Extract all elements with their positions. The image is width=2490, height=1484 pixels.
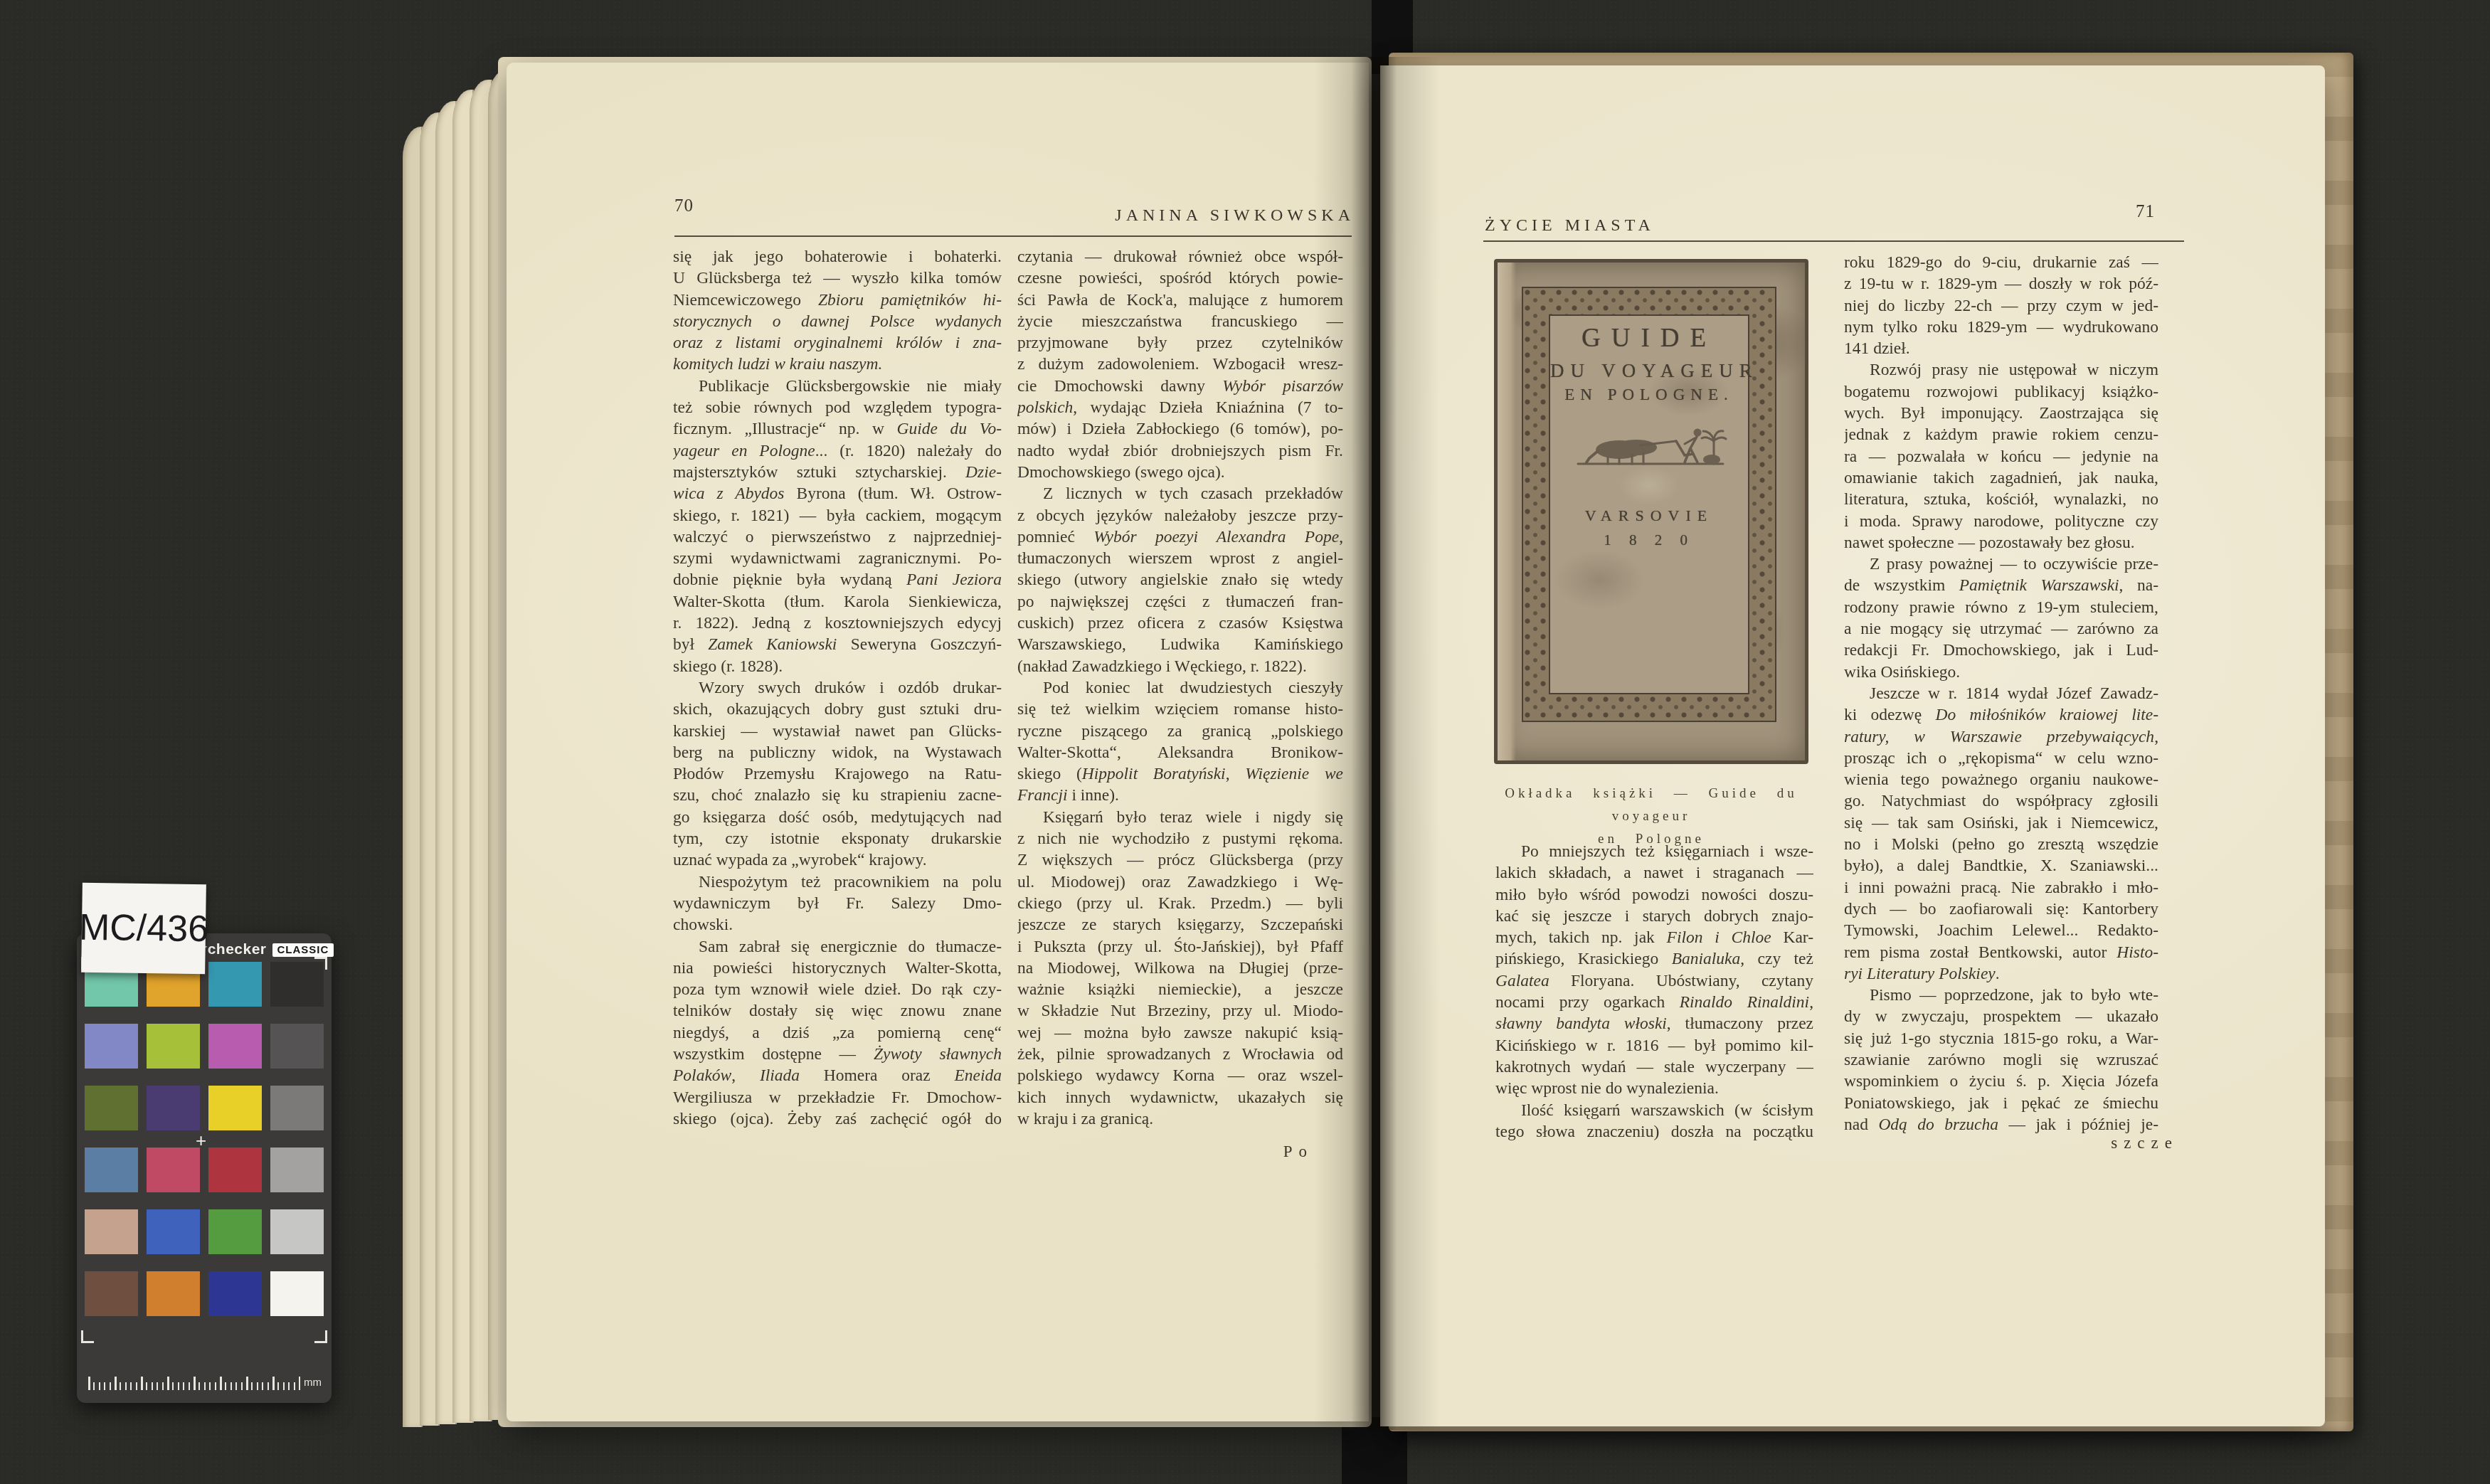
text-line: jeszcze ze starych księgarzy, Szczepańsk…	[1017, 914, 1343, 936]
text-line: w kraju i za granicą.	[1017, 1108, 1343, 1130]
ruler-unit: mm	[304, 1377, 322, 1389]
right-page: ŻYCIE MIASTA 71 GUIDE DU VOYAGEUR EN POL…	[1380, 65, 2325, 1426]
text-line: chowski.	[673, 914, 1002, 936]
text-line: z 19-tu w r. 1829-ym — doszły w rok póź-	[1844, 273, 2158, 295]
text-line: go księgarza dość osób, medytujących nad	[673, 807, 1002, 828]
book-cover: GUIDE DU VOYAGEUR EN POLOGNE.	[1494, 259, 1808, 764]
text-line: ki odezwę Do miłośników kraiowej lite-	[1844, 704, 2158, 726]
text-line: po największej części z tłumaczeń fran-	[1017, 591, 1343, 613]
shelfmark-label: MC/436	[81, 883, 206, 974]
text-line: bogatemu rozwojowi publikacyj książko-	[1844, 381, 2158, 403]
page-number-right: 71	[2136, 202, 2155, 222]
ploughing-vignette-icon	[1572, 414, 1729, 470]
text-line: omawianie takich zagadnień, jak nauka,	[1844, 467, 2158, 489]
text-line: niej do liczby 22-ch — przy czym w jed-	[1844, 295, 2158, 317]
text-line: Księgarń było teraz wiele i nigdy się	[1017, 807, 1343, 828]
center-cross-icon: +	[196, 1130, 206, 1152]
text-line: się — tak sam Osiński, jak i Niemcewicz,	[1844, 812, 2158, 834]
text-line: dy w zwyczaju, prospektem — ukazało	[1844, 1006, 2158, 1027]
text-line: no i Molski (pełno go zresztą wszędzie	[1844, 834, 2158, 855]
text-line: ryi Literatury Polskiey.	[1844, 963, 2158, 985]
text-line: ści Pawła de Kock'a, malujące z humorem	[1017, 290, 1343, 311]
text-line: więc wprost nie do wynalezienia.	[1495, 1078, 1813, 1099]
cover-title-line2: DU VOYAGEUR	[1550, 360, 1748, 382]
text-line: wspominkiem o życiu ś. p. Xięcia Józefa	[1844, 1071, 2158, 1092]
cover-place: VARSOVIE	[1550, 507, 1748, 525]
text-line: berg na publiczny widok, na Wystawach	[673, 742, 1002, 763]
text-line: ważnie książki niemieckie), a jeszcze	[1017, 979, 1343, 1000]
running-head-right: ŻYCIE MIASTA	[1485, 216, 1655, 235]
color-patch	[147, 1271, 200, 1316]
color-patch	[270, 1209, 324, 1254]
crop-mark-icon	[314, 1330, 327, 1343]
text-line: U Glücksberga też — wyszło kilka tomów	[673, 267, 1002, 289]
text-line: Poniatowskiego, jak i pękać ze śmiechu	[1844, 1093, 2158, 1114]
text-line: Pismo — poprzedzone, jak to było wte-	[1844, 985, 2158, 1006]
text-line: szymi wydawnictwami zagranicznymi. Po-	[673, 548, 1002, 569]
scan-background: 70 JANINA SIWKOWSKA się jak jego bohater…	[0, 0, 2490, 1484]
text-line: skiego (ojca). Żeby zaś zachęcić ogół do	[673, 1108, 1002, 1130]
text-line: tłumaczonych wierszem wprost z angiel-	[1017, 548, 1343, 569]
crop-mark-icon	[81, 1330, 94, 1343]
text-line: czesne powieści, spośród których powie-	[1017, 267, 1343, 289]
text-line: oraz z listami oryginalnemi królów i zna…	[673, 332, 1002, 354]
text-line: miło było wśród powodzi nowości doszu-	[1495, 884, 1813, 906]
text-line: Pod koniec lat dwudziestych cieszyły	[1017, 677, 1343, 699]
text-line: polskiego wydawcy Korna — oraz wszel-	[1017, 1065, 1343, 1086]
catchword-left: Po	[1283, 1143, 1313, 1161]
text-line: żek, pilnie sprowadzanych z Wrocławia od	[1017, 1044, 1343, 1065]
text-line: storycznych o dawnej Polsce wydanych	[673, 311, 1002, 332]
text-line: Galatea Floryana. Ubóstwiany, czytany	[1495, 970, 1813, 992]
text-line: kakrotnych wydań — stale wyczerpany —	[1495, 1056, 1813, 1078]
text-line: też sobie równych pod względem typogra-	[673, 397, 1002, 418]
text-line: Niemcewiczowego Zbioru pamiętników hi-	[673, 290, 1002, 311]
catchword-right: szcze	[2111, 1134, 2178, 1152]
text-line: Polaków, Iliada Homera oraz Eneida	[673, 1065, 1002, 1086]
text-line: życie mieszczaństwa francuskiego —	[1017, 311, 1343, 332]
text-line: z obcych języków należałoby jeszcze przy…	[1017, 505, 1343, 526]
text-line: Tymowski, Joachim Lelewel... Redakto-	[1844, 920, 2158, 941]
text-line: się jak jego bohaterowie i bohaterki.	[673, 246, 1002, 267]
classic-badge: CLASSIC	[272, 943, 334, 957]
text-line: był Zamek Kaniowski Seweryna Goszczyń-	[673, 634, 1002, 655]
text-line: de wszystkim Pamiętnik Warszawski, na-	[1844, 575, 2158, 596]
text-line: roku 1829-go do 9-ciu, drukarnie zaś —	[1844, 252, 2158, 273]
text-line: sławny bandyta włoski, tłumaczony przez	[1495, 1013, 1813, 1034]
text-line: Walter-Skotta (tłum. Karola Sienkiewicza…	[673, 591, 1002, 613]
text-line: dobnie pięknie była wydaną Pani Jeziora	[673, 569, 1002, 590]
text-line: Warszawskiego, Ludwika Kamińskiego	[1017, 634, 1343, 655]
text-line: skiego (utwory angielskie znało się wted…	[1017, 569, 1343, 590]
text-line: Dmochowskiego (swego ojca).	[1017, 462, 1343, 483]
color-patch	[85, 1086, 138, 1130]
color-patch	[147, 1148, 200, 1192]
cover-spine	[1498, 263, 1516, 760]
text-line: a nie mogący się utrzymać — zarówno za	[1844, 618, 2158, 640]
text-line: ckiego (przy ul. Krak. Przedm.) — byli	[1017, 893, 1343, 914]
color-patch	[208, 1148, 262, 1192]
text-line: wszystkim dostępne — Żywoty sławnych	[673, 1044, 1002, 1065]
text-line: Wergiliusza w przekładzie Fr. Dmochow-	[673, 1087, 1002, 1108]
left-page: 70 JANINA SIWKOWSKA się jak jego bohater…	[507, 63, 1369, 1421]
text-line: i inni poważni pracą. Nie zabrakło i mło…	[1844, 877, 2158, 899]
running-head-left: JANINA SIWKOWSKA	[1115, 206, 1355, 226]
text-line: cuskich) przez oficera z czasów Księstwa	[1017, 613, 1343, 634]
shelfmark-text: MC/436	[79, 906, 209, 951]
text-line: czytania — drukował również obce współ-	[1017, 246, 1343, 267]
text-line: mych, takich np. jak Filon i Chloe Kar-	[1495, 927, 1813, 948]
text-line: wika Osińskiego.	[1844, 662, 2158, 683]
text-line: Francji i inne).	[1017, 785, 1343, 806]
text-line: ficznym. „Illustracje“ np. w Guide du Vo…	[673, 418, 1002, 440]
text-line: Rozwój prasy nie ustępował w niczym	[1844, 359, 2158, 381]
text-line: nia powieści historycznych Walter-Skotta…	[673, 958, 1002, 979]
text-line: Płodów Przemysłu Krajowego na Ratu-	[673, 763, 1002, 785]
text-line: przyjmowane były przez czytelników	[1017, 332, 1343, 354]
text-line: było), a dalej Bandtkie, X. Szaniawski..…	[1844, 855, 2158, 876]
text-line: rem pisma został Bentkowski, autor Histo…	[1844, 942, 2158, 963]
text-line: Kicińskiego w r. 1816 — był pomimo kil-	[1495, 1035, 1813, 1056]
color-patch	[270, 962, 324, 1007]
text-line: nym tylko roku 1829-ym — wydrukowano	[1844, 317, 2158, 338]
color-patch	[208, 1209, 262, 1254]
text-line: w Składzie Nut Brzeziny, przy ul. Miodo-	[1017, 1000, 1343, 1022]
cover-year: 1 8 2 0	[1550, 531, 1748, 549]
text-line: ryczne piszącego za granicą „polskiego	[1017, 721, 1343, 742]
text-line: Jeszcze w r. 1814 wydał Józef Zawadz-	[1844, 683, 2158, 704]
text-line: i moda. Sprawy narodowe, polityczne czy	[1844, 511, 2158, 532]
text-line: r. 1822). Jedną z kosztowniejszych edycy…	[673, 613, 1002, 634]
cover-ornament-frame: GUIDE DU VOYAGEUR EN POLOGNE.	[1522, 287, 1776, 722]
text-line: komitych ludzi w kraiu naszym.	[673, 354, 1002, 375]
text-line: 141 dzieł.	[1844, 338, 2158, 359]
text-line: Po mniejszych też księgarniach i wsze-	[1495, 841, 1813, 862]
text-line: tym, czy istotnie eksponaty drukarskie	[673, 828, 1002, 849]
text-line: nad Odą do brzucha — jak i później je-	[1844, 1114, 2158, 1135]
color-patch	[270, 1024, 324, 1069]
text-line: Sam zabrał się energicznie do tłumacze-	[673, 936, 1002, 958]
text-line: ul. Miodowej) oraz Zawadzkiego i Wę-	[1017, 871, 1343, 893]
color-patch	[270, 1086, 324, 1130]
colorchecker-title-bold: checker	[208, 941, 267, 958]
text-line: uznać wypada za „wyrobek“ krajowy.	[673, 849, 1002, 871]
text-line: redakcji Fr. Dmochowskiego, jak i Lud-	[1844, 640, 2158, 661]
color-patch	[208, 1086, 262, 1130]
text-line: kać się jeszcze i starych dobrych znajo-	[1495, 906, 1813, 927]
text-line: się też wielkim wzięciem romanse histo-	[1017, 699, 1343, 720]
text-line: mów) i Dzieła Zabłockiego (6 tomów), po-	[1017, 418, 1343, 440]
text-line: Z prasy poważnej — to oczywiście prze-	[1844, 553, 2158, 575]
text-line: z nich nie wychodziło z pustymi rękoma.	[1017, 828, 1343, 849]
colorchecker-card: ✕ x·rite colorchecker CLASSIC + mm	[77, 933, 332, 1403]
color-patch	[147, 1209, 200, 1254]
color-patch	[85, 1148, 138, 1192]
color-patch	[208, 1024, 262, 1069]
text-line: prosząc ich o „rękopisma“ w celu wzno-	[1844, 748, 2158, 769]
text-line: cie Dmochowski dawny Wybór pisarzów	[1017, 376, 1343, 397]
text-line: tego słowa znaczeniu) doszła na początku	[1495, 1121, 1813, 1143]
right-page-column-2: roku 1829-go do 9-ciu, drukarnie zaś —z …	[1844, 252, 2158, 1135]
text-line: Walter-Skotta“, Aleksandra Bronikow-	[1017, 742, 1343, 763]
text-line: wej — można było zawsze nakupić ksią-	[1017, 1022, 1343, 1044]
cover-title-line1: GUIDE	[1550, 323, 1748, 354]
text-line: pińskiego, Krasickiego Banialuka, czy te…	[1495, 948, 1813, 970]
color-patch	[147, 1086, 200, 1130]
right-page-column-1: Po mniejszych też księgarniach i wsze-la…	[1495, 841, 1813, 1143]
color-patch	[147, 1024, 200, 1069]
cover-inner-panel: GUIDE DU VOYAGEUR EN POLOGNE.	[1549, 314, 1749, 694]
text-line: karskiej — wystawiał nawet pan Glücks-	[673, 721, 1002, 742]
figure-caption-line1: Okładka książki — Guide du voyageur	[1487, 783, 1816, 828]
text-line: Ilość księgarń warszawskich (w ścisłym	[1495, 1100, 1813, 1121]
text-line: go. Natychmiast do współpracy zgłosili	[1844, 790, 2158, 812]
cover-title-line3: EN POLOGNE.	[1550, 386, 1748, 404]
text-line: ratury, w Warszawie przebywaiących,	[1844, 726, 2158, 748]
text-line: ra — pozwalała w końcu — jedynie na	[1844, 446, 2158, 467]
text-line: walczyć o pierwszeństwo z najprzedniej-	[673, 526, 1002, 548]
text-line: niegdyś, a dziś „za pomierną cenę“	[673, 1022, 1002, 1044]
color-patch	[85, 1271, 138, 1316]
color-patch	[208, 962, 262, 1007]
header-rule-left	[674, 235, 1352, 237]
text-line: Wzory swych druków i ozdób drukar-	[673, 677, 1002, 699]
book-cover-photo: GUIDE DU VOYAGEUR EN POLOGNE.	[1494, 259, 1808, 764]
text-line: majstersztyków sztuki sztycharskiej. Dzi…	[673, 462, 1002, 483]
color-patch	[85, 1024, 138, 1069]
text-line: (nakład Zawadzkiego i Węckiego, r. 1822)…	[1017, 656, 1343, 677]
text-line: nadto wydał zbiór drobniejszych pism Fr.	[1017, 440, 1343, 462]
text-line: skiego, r. 1821) — była cackiem, mogącym	[673, 505, 1002, 526]
color-patch	[208, 1271, 262, 1316]
text-line: kich innych wydawnictw, ukazałych się	[1017, 1087, 1343, 1108]
text-line: literatura, sztuka, kościół, wynalazki, …	[1844, 489, 2158, 510]
text-line: pomnieć Wybór poezyi Alexandra Pope,	[1017, 526, 1343, 548]
text-line: poza tym wznowił wiele dzieł. Do rąk czy…	[673, 979, 1002, 1000]
text-line: nocami przy ogarkach Rinaldo Rinaldini,	[1495, 992, 1813, 1013]
color-patch	[270, 1148, 324, 1192]
text-line: skiego (Hippolit Boratyński, Więzienie w…	[1017, 763, 1343, 785]
color-patch	[270, 1271, 324, 1316]
text-line: skiego (r. 1828).	[673, 656, 1002, 677]
text-line: skich, okazujących dobry gust sztuki dru…	[673, 699, 1002, 720]
color-patch	[85, 1209, 138, 1254]
text-line: polskich, wydając Dzieła Kniaźnina (7 to…	[1017, 397, 1343, 418]
text-line: z dużym zadowoleniem. Wzbogacił wresz-	[1017, 354, 1343, 375]
text-line: dych — bo zaofiarowali się: Kantorbery	[1844, 899, 2158, 920]
text-line: lakich składach, a nawet i straganach —	[1495, 862, 1813, 884]
text-line: jednak z każdym prawie rokiem cenzu-	[1844, 424, 2158, 445]
text-line: telników dostały się więc znowu znane	[673, 1000, 1002, 1022]
text-line: szawianie zarówno mogli się wzruszać	[1844, 1049, 2158, 1071]
text-line: Z licznych w tych czasach przekładów	[1017, 483, 1343, 504]
text-line: i Pukszta (przy ul. Śto-Jańskiej), był P…	[1017, 936, 1343, 958]
text-line: szu, choć znalazło się ku strapieniu zac…	[673, 785, 1002, 806]
text-line: Niespożytym też pracownikiem na polu	[673, 871, 1002, 893]
left-page-column-1: się jak jego bohaterowie i bohaterki.U G…	[673, 246, 1002, 1130]
text-line: nawet społeczne — pozostawały bez głosu.	[1844, 532, 2158, 553]
text-line: Publikacje Glücksbergowskie nie miały	[673, 376, 1002, 397]
text-line: Z większych — prócz Glücksberga (przy	[1017, 849, 1343, 871]
text-line: wydawniczym był Fr. Salezy Dmo-	[673, 893, 1002, 914]
text-line: rodzony prawie równo z 19-ym stuleciem,	[1844, 597, 2158, 618]
text-line: na Miodowej, Wilkowa na Długiej (prze-	[1017, 958, 1343, 979]
text-line: wienia tego poważnego organiu naukowe-	[1844, 769, 2158, 790]
text-line: yageur en Pologne... (r. 1820) należały …	[673, 440, 1002, 462]
ruler-scale	[88, 1376, 300, 1390]
text-line: wica z Abydos Byrona (tłum. Wł. Ostrow-	[673, 483, 1002, 504]
page-number-left: 70	[674, 196, 694, 216]
text-line: się już 1-go stycznia 1815-go roku, a Wa…	[1844, 1028, 2158, 1049]
text-line: wych. Był imponujący. Zaostrzająca się	[1844, 403, 2158, 424]
left-page-column-2: czytania — drukował również obce współ-c…	[1017, 246, 1343, 1130]
header-rule-right	[1483, 240, 2184, 242]
